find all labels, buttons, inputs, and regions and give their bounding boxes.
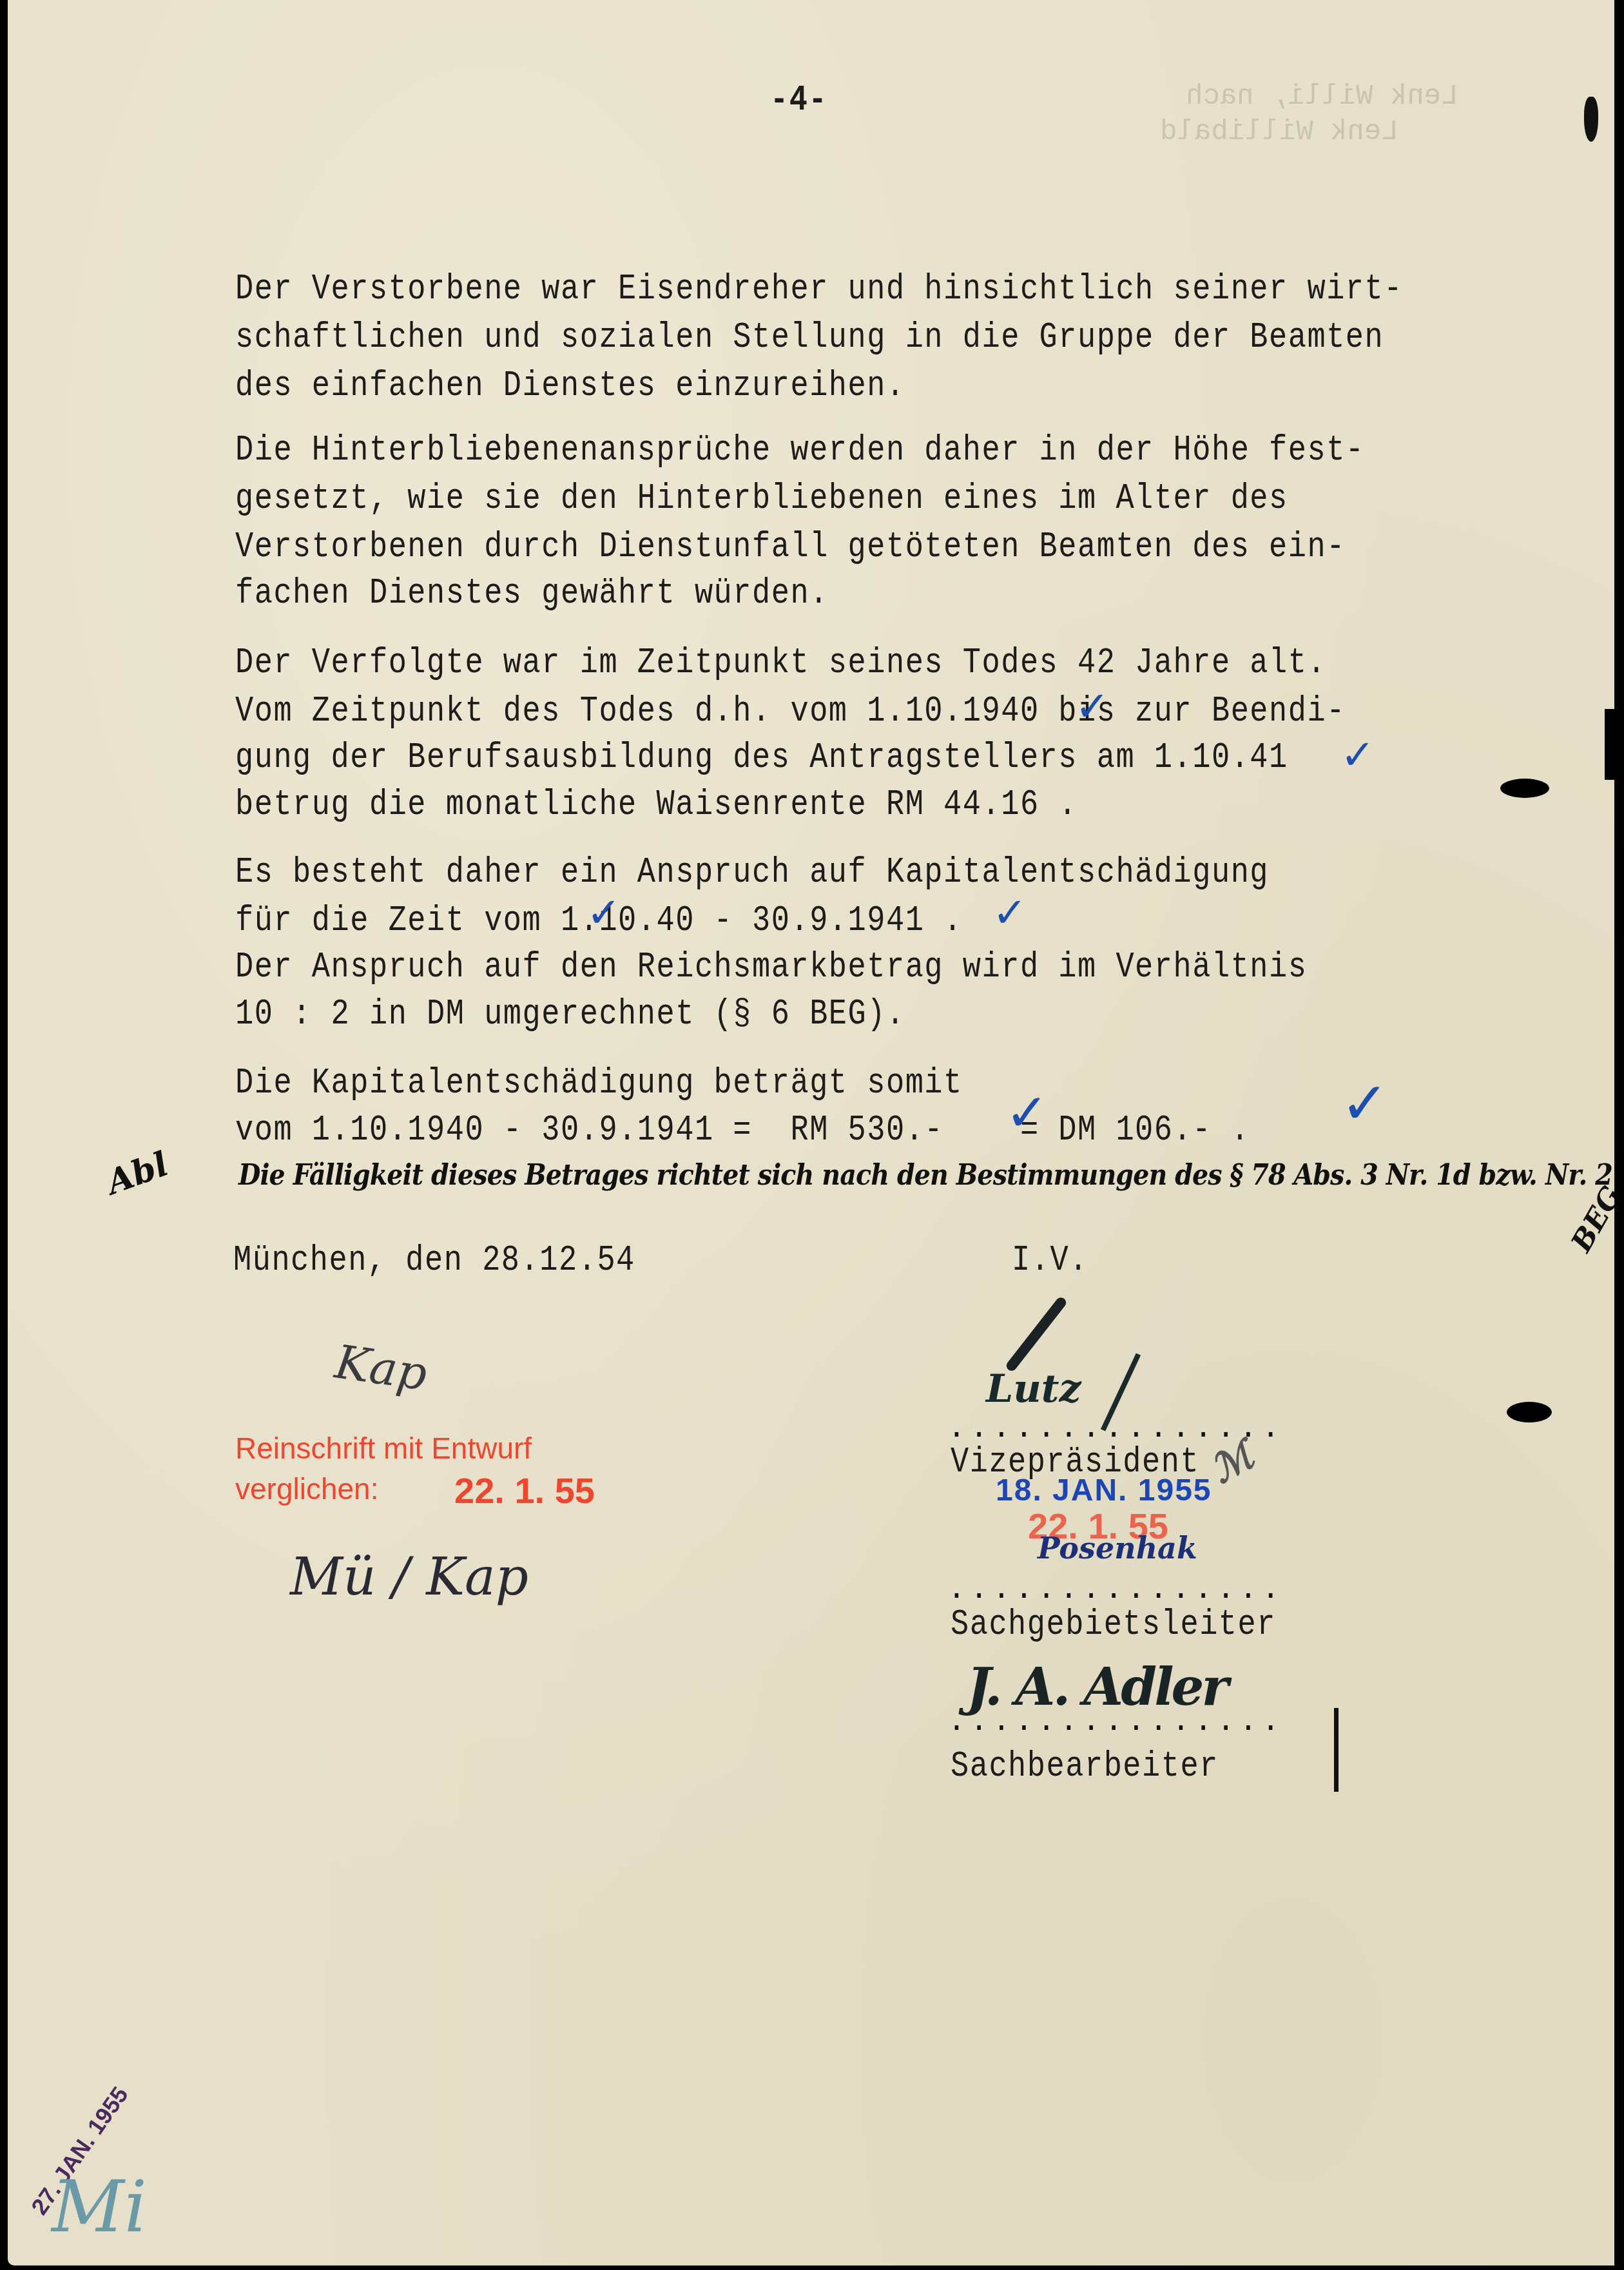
paper-clip-mark	[1584, 97, 1598, 142]
body-line: schaftlichen und sozialen Stellung in di…	[235, 318, 1384, 358]
body-line: Der Verstorbene war Eisendreher und hins…	[235, 269, 1403, 310]
iv-label: I.V.	[1012, 1241, 1088, 1281]
body-line: Vom Zeitpunkt des Todes d.h. vom 1.10.19…	[235, 692, 1346, 732]
body-line: Es besteht daher ein Anspruch auf Kapita…	[235, 853, 1269, 893]
body-line: Der Verfolgte war im Zeitpunkt seines To…	[235, 643, 1326, 684]
page-number: -4-	[770, 81, 827, 121]
received-date-stamp: 18. JAN. 1955	[996, 1473, 1212, 1508]
body-line: Verstorbenen durch Dienstunfall getötete…	[235, 527, 1346, 568]
signature-sachgebietsleiter: Posenhak	[1038, 1531, 1197, 1566]
body-line: Die Kapitalentschädigung beträgt somit	[235, 1063, 963, 1104]
role-sachbearbeiter: Sachbearbeiter	[951, 1747, 1219, 1787]
bleedthrough-line-1: Lenk Willi, nach	[1186, 81, 1458, 113]
place-date: München, den 28.12.54	[233, 1241, 635, 1281]
checkmark-icon: ✓	[1075, 683, 1110, 731]
body-line: gesetzt, wie sie den Hinterbliebenen ein…	[235, 479, 1288, 519]
verification-stamp-line1: Reinschrift mit Entwurf	[235, 1431, 532, 1466]
verification-stamp-date: 22. 1. 55	[454, 1470, 595, 1511]
body-line: fachen Dienstes gewährt würden.	[235, 574, 829, 614]
amount-line: vom 1.10.1940 - 30.9.1941 = RM 530.- = D…	[235, 1111, 1250, 1151]
signature-line: ...............	[947, 1573, 1284, 1607]
pencil-initials-bottom: Mü / Kap	[290, 1547, 528, 1607]
bottom-left-initials: Mi	[52, 2166, 147, 2248]
checkmark-icon: ✓	[992, 889, 1027, 937]
signature-line: ...............	[947, 1705, 1284, 1740]
body-line: Der Anspruch auf den Reichsmarkbetrag wi…	[235, 947, 1307, 988]
signature-vizepraesident: Lutz	[986, 1366, 1081, 1411]
handwritten-addition: Die Fälligkeit dieses Betrages richtet s…	[238, 1159, 1612, 1192]
checkmark-icon: ✓	[1340, 732, 1375, 779]
bleedthrough-line-2: Lenk Willibald	[1160, 116, 1398, 148]
punch-hole	[1507, 1402, 1552, 1422]
checkmark-icon: ✓	[1340, 1070, 1389, 1138]
body-line: des einfachen Dienstes einzureihen.	[235, 366, 905, 407]
checkmark-icon: ✓	[586, 889, 621, 937]
signature-stroke	[1334, 1708, 1339, 1792]
role-sachgebietsleiter: Sachgebietsleiter	[951, 1605, 1276, 1645]
checkmark-icon: ✓	[1005, 1083, 1049, 1143]
punch-hole	[1500, 779, 1549, 798]
body-line: Die Hinterbliebenenansprüche werden dahe…	[235, 431, 1365, 471]
body-line: gung der Berufsausbildung des Antragstel…	[235, 738, 1288, 779]
body-line: 10 : 2 in DM umgerechnet (§ 6 BEG).	[235, 994, 905, 1035]
page-edge	[1614, 0, 1624, 2270]
body-line: betrug die monatliche Waisenrente RM 44.…	[235, 785, 1078, 826]
verification-stamp-line2: verglichen:	[235, 1471, 378, 1506]
